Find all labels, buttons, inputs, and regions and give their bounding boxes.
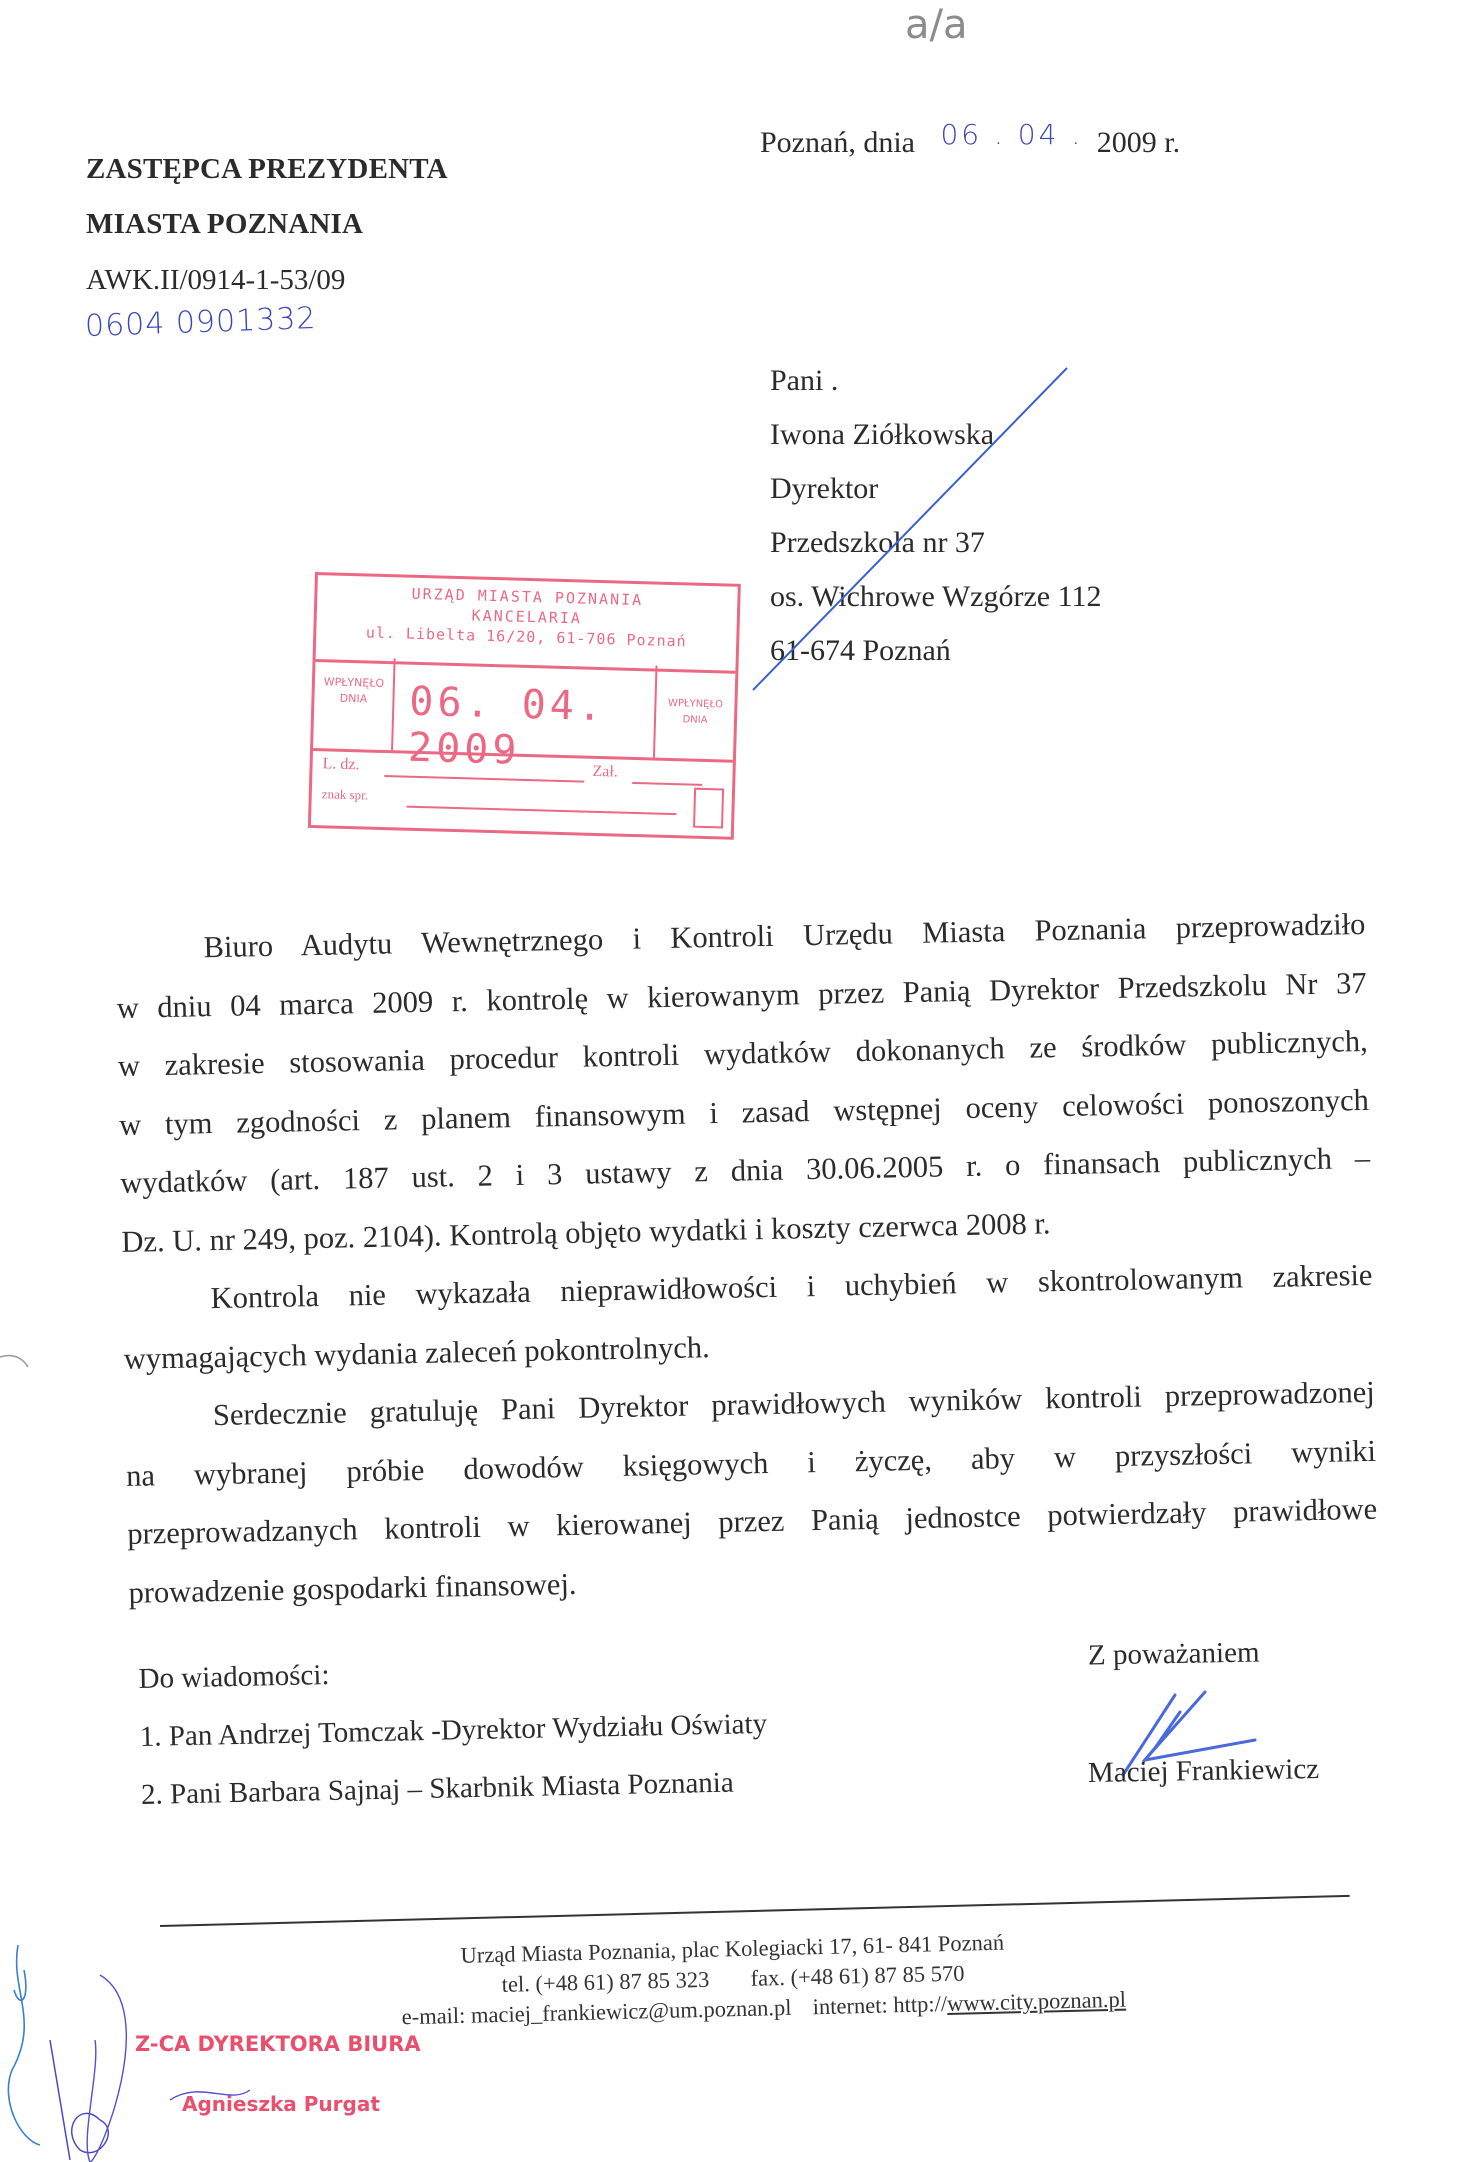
- stamp-date-row: WPŁYNĘŁO DNIA 06. 04. 2009 WPŁYNĘŁO DNIA: [313, 656, 735, 763]
- stamp-received-label-right: WPŁYNĘŁO DNIA: [653, 666, 736, 760]
- closing-regards: Z poważaniem: [1088, 1637, 1260, 1673]
- strike-line: [740, 360, 1080, 700]
- date-prefix: Poznań, dnia: [760, 126, 915, 159]
- stamp-footer: L. dz. Zał. znak spr.: [321, 755, 723, 826]
- stamp-sign-label: znak spr.: [322, 786, 369, 802]
- received-stamp: URZĄD MIASTA POZNANIA KANCELARIA ul. Lib…: [308, 572, 741, 840]
- initials-signature: [0, 1930, 300, 2162]
- paragraph-3: Serdecznie gratuluję Pani Dyrektor prawi…: [124, 1363, 1378, 1622]
- cc-block: Do wiadomości: 1. Pan Andrzej Tomczak -D…: [138, 1634, 921, 1824]
- paragraph-1: Biuro Audytu Wewnętrznego i Kontroli Urz…: [115, 895, 1372, 1271]
- stamp-received-label-left: WPŁYNĘŁO DNIA: [313, 656, 396, 750]
- sender-title-line1: ZASTĘPCA PREZYDENTA: [86, 153, 448, 186]
- stamp-zal-label: Zał.: [592, 763, 618, 782]
- date-line: Poznań, dnia 06 . 04 . 2009 r.: [760, 126, 1180, 160]
- footer-divider: [160, 1895, 1350, 1927]
- hole-punch-mark: [0, 1345, 40, 1385]
- stamp-box: [693, 788, 724, 829]
- stamp-ldz-label: L. dz.: [322, 755, 359, 773]
- handwritten-date: 06 . 04 .: [940, 118, 1083, 151]
- footer-website-link[interactable]: www.city.poznan.pl: [947, 1987, 1126, 2016]
- letter-body: Biuro Audytu Wewnętrznego i Kontroli Urz…: [115, 895, 1379, 1622]
- date-year: 2009 r.: [1097, 126, 1180, 159]
- footer-internet-label: internet: http://: [812, 1991, 947, 2019]
- sender-title-line2: MIASTA POZNANIA: [86, 208, 363, 241]
- handwritten-number: 0604 0901332: [84, 301, 317, 344]
- footer-fax: fax. (+48 61) 87 85 570: [750, 1961, 964, 1991]
- reference-number: AWK.II/0914-1-53/09: [86, 264, 345, 297]
- footer-tel: tel. (+48 61) 87 85 323: [501, 1967, 709, 1997]
- signatory-name: Maciej Frankiewicz: [1088, 1753, 1320, 1790]
- footer-email-label: e-mail:: [401, 2003, 465, 2030]
- footer-email[interactable]: maciej_frankiewicz@um.poznan.pl: [471, 1995, 792, 2028]
- annotation-top: a/a: [905, 2, 968, 48]
